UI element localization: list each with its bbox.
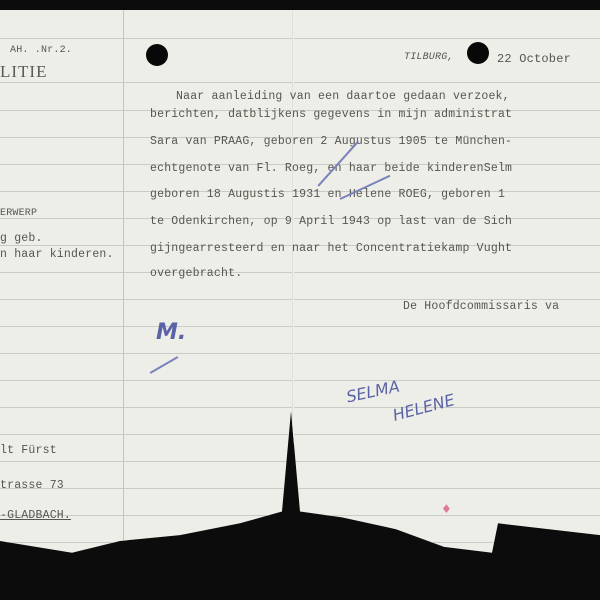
signature-line: De Hoofdcommissaris va — [403, 300, 559, 313]
body-line: Naar aanleiding van een daartoe gedaan v… — [176, 90, 510, 103]
subject-label: ERWERP — [0, 208, 37, 219]
ruled-line — [0, 461, 600, 462]
body-line: geboren 18 Augustis 1931 en Helene ROEG,… — [150, 188, 505, 201]
ruled-line — [0, 38, 600, 39]
ruled-line — [0, 272, 600, 273]
document-page: AH. .Nr.2. LITIE TILBURG, 22 October ERW… — [0, 10, 600, 600]
ruled-line — [0, 434, 600, 435]
handwritten-initial: M. — [156, 320, 186, 345]
subject-line: g geb. — [0, 232, 43, 245]
pen-stroke — [150, 356, 178, 373]
ruled-line — [0, 407, 600, 408]
body-line: te Odenkirchen, op 9 April 1943 op last … — [150, 215, 512, 228]
punch-hole — [146, 44, 168, 66]
address-line: trasse 73 — [0, 479, 64, 492]
address-line: -GLADBACH. — [0, 509, 71, 522]
place-name: TILBURG, — [404, 52, 454, 63]
department-heading: LITIE — [0, 62, 47, 82]
body-line: berichten, datblijkens gegevens in mijn … — [150, 108, 512, 121]
body-line: overgebracht. — [150, 267, 242, 280]
ruled-line — [0, 353, 600, 354]
document-date: 22 October — [497, 52, 571, 66]
handwritten-name: SELMA — [345, 377, 402, 407]
ruled-line — [0, 515, 600, 516]
subject-line: n haar kinderen. — [0, 248, 114, 261]
ruled-line — [0, 488, 600, 489]
ruled-line — [0, 542, 600, 543]
fold-crease — [292, 10, 294, 530]
body-line: Sara van PRAAG, geboren 2 Augustus 1905 … — [150, 135, 512, 148]
punch-hole — [467, 42, 489, 64]
ruled-line — [0, 326, 600, 327]
ruled-line — [0, 380, 600, 381]
ruled-line — [0, 82, 600, 83]
margin-line — [123, 10, 124, 550]
body-line: gijngearresteerd en naar het Concentrati… — [150, 242, 512, 255]
address-line: lt Fürst — [0, 444, 57, 457]
reference-number: AH. .Nr.2. — [10, 45, 72, 56]
pink-mark: ♦ — [441, 502, 452, 516]
